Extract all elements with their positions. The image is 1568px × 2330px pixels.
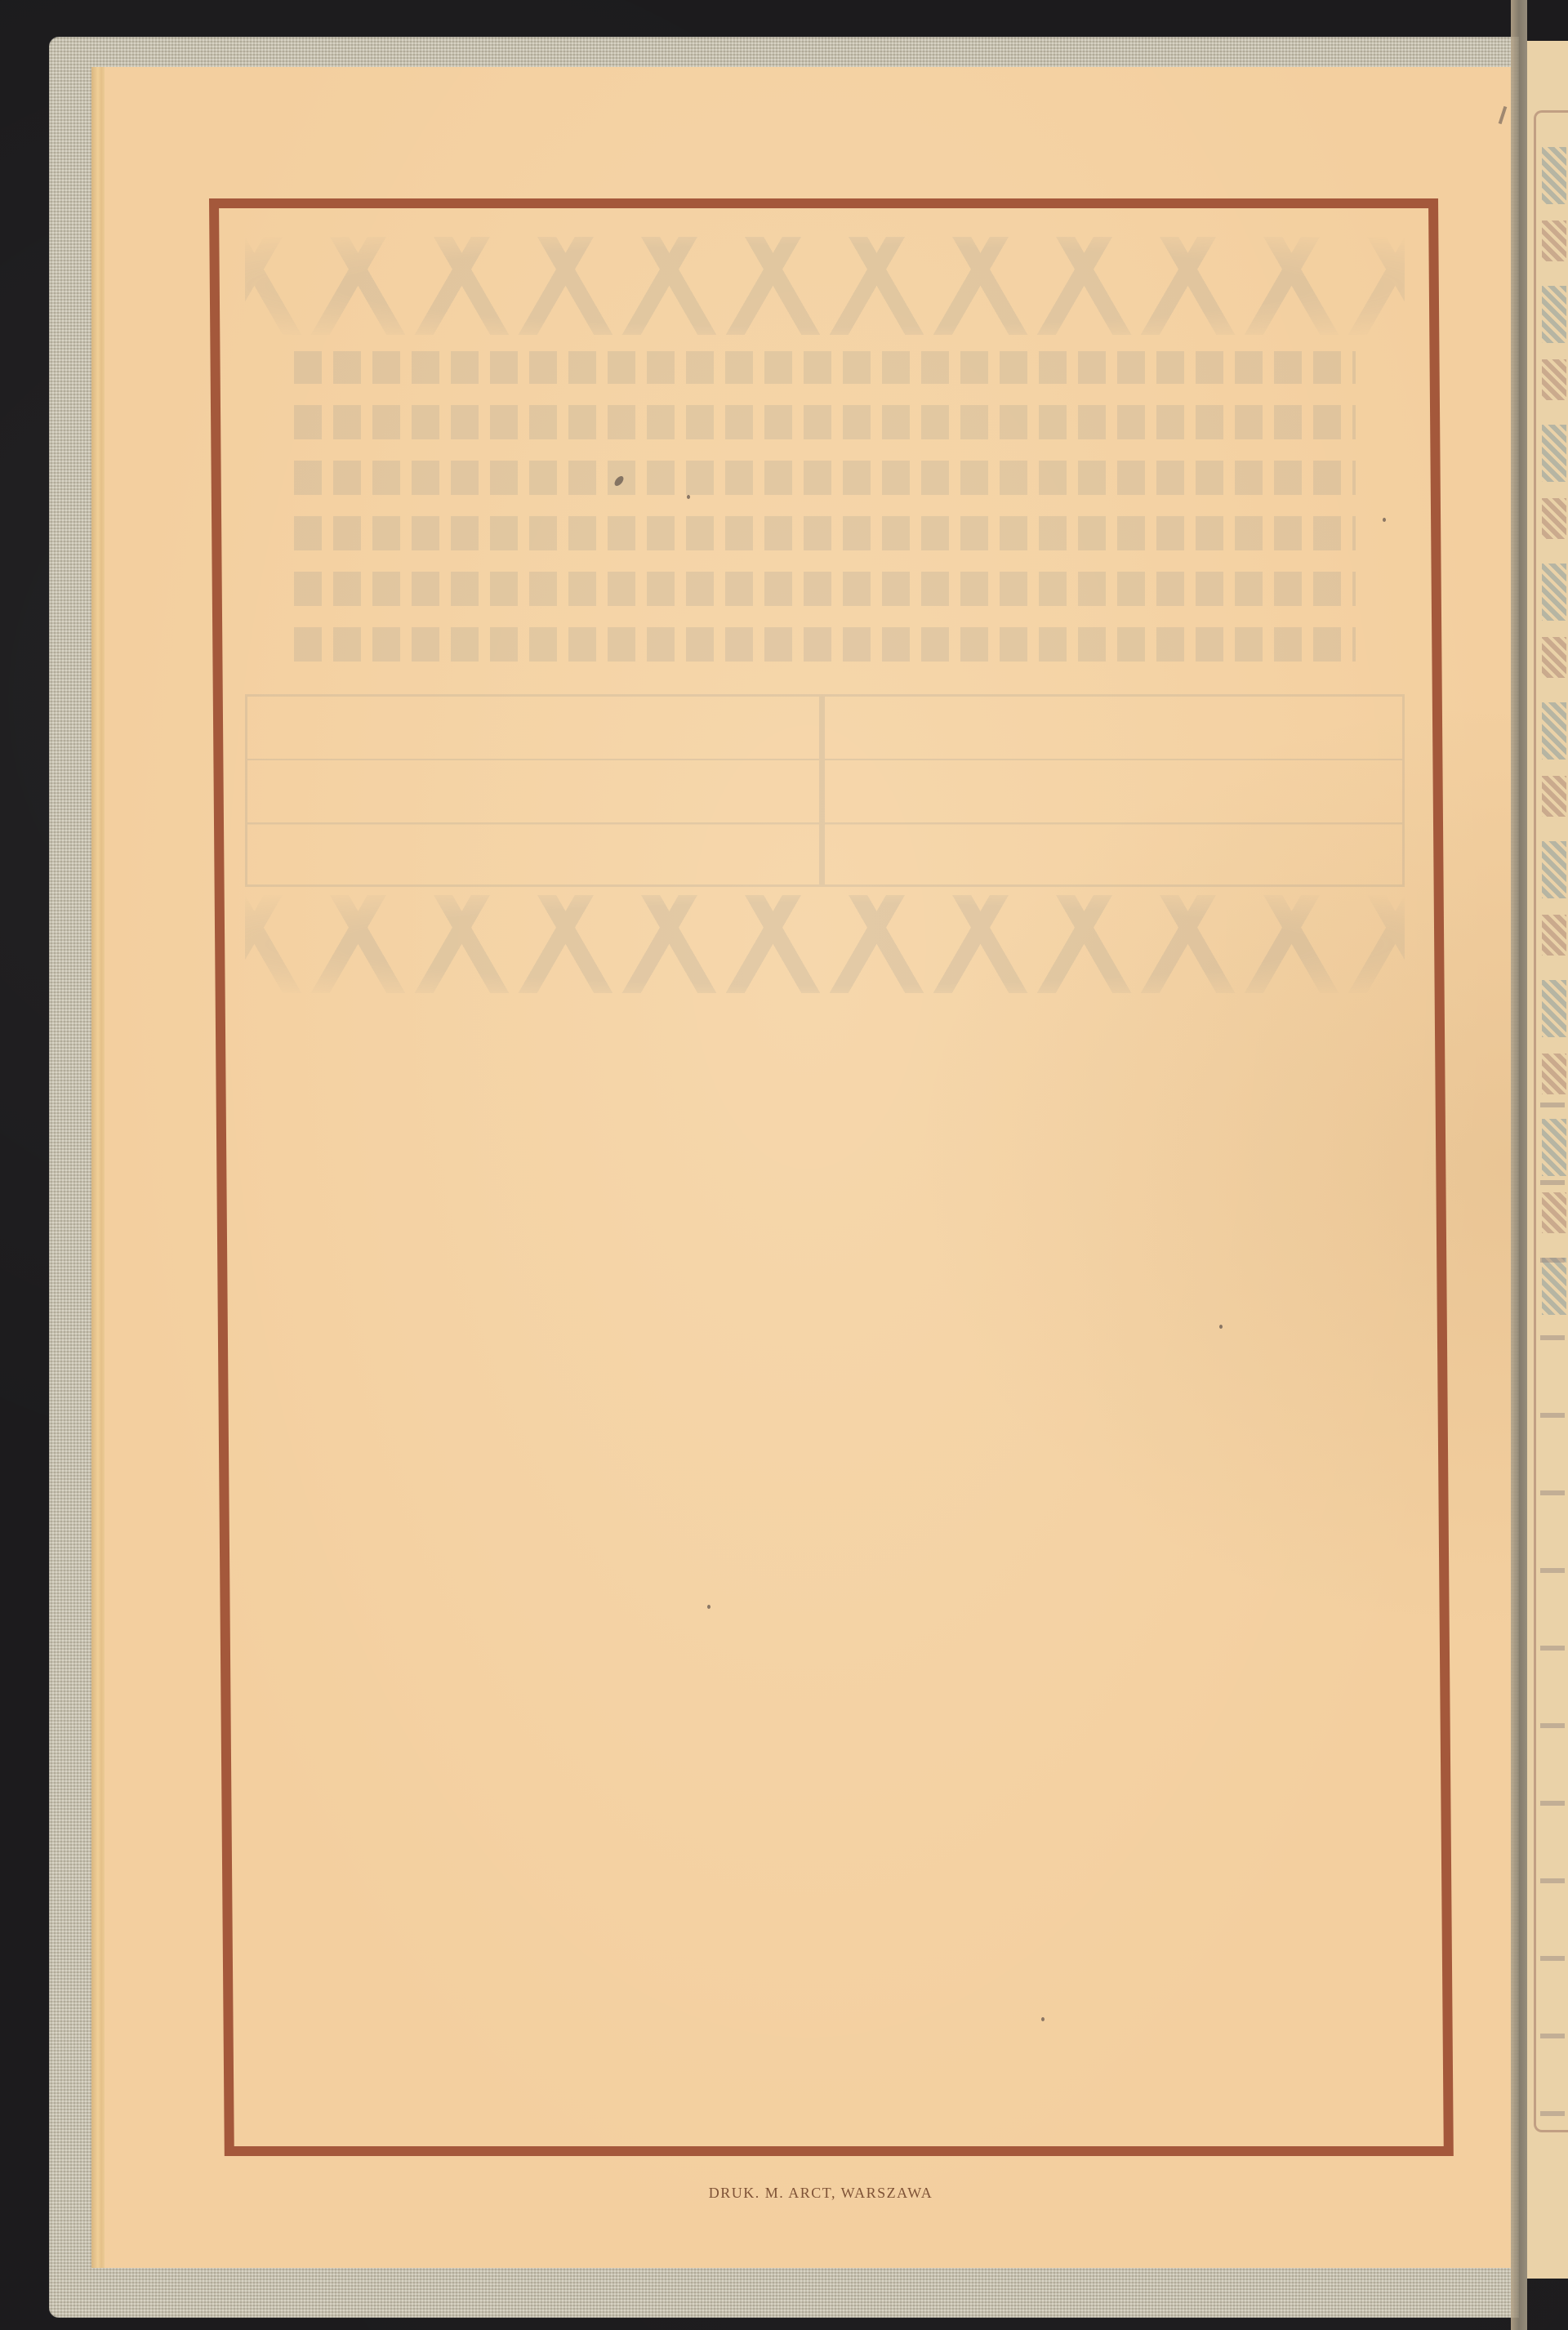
- facing-page-edge: [1527, 41, 1568, 2279]
- book-gutter: [1511, 0, 1527, 2330]
- page-frame-rule: [209, 198, 1454, 2156]
- imprint-text: DRUK. M. ARCT, WARSZAWA: [709, 2185, 933, 2202]
- facing-page-handwriting: [1540, 1070, 1565, 2132]
- printer-imprint: DRUK. M. ARCT, WARSZAWA: [0, 2185, 1568, 2202]
